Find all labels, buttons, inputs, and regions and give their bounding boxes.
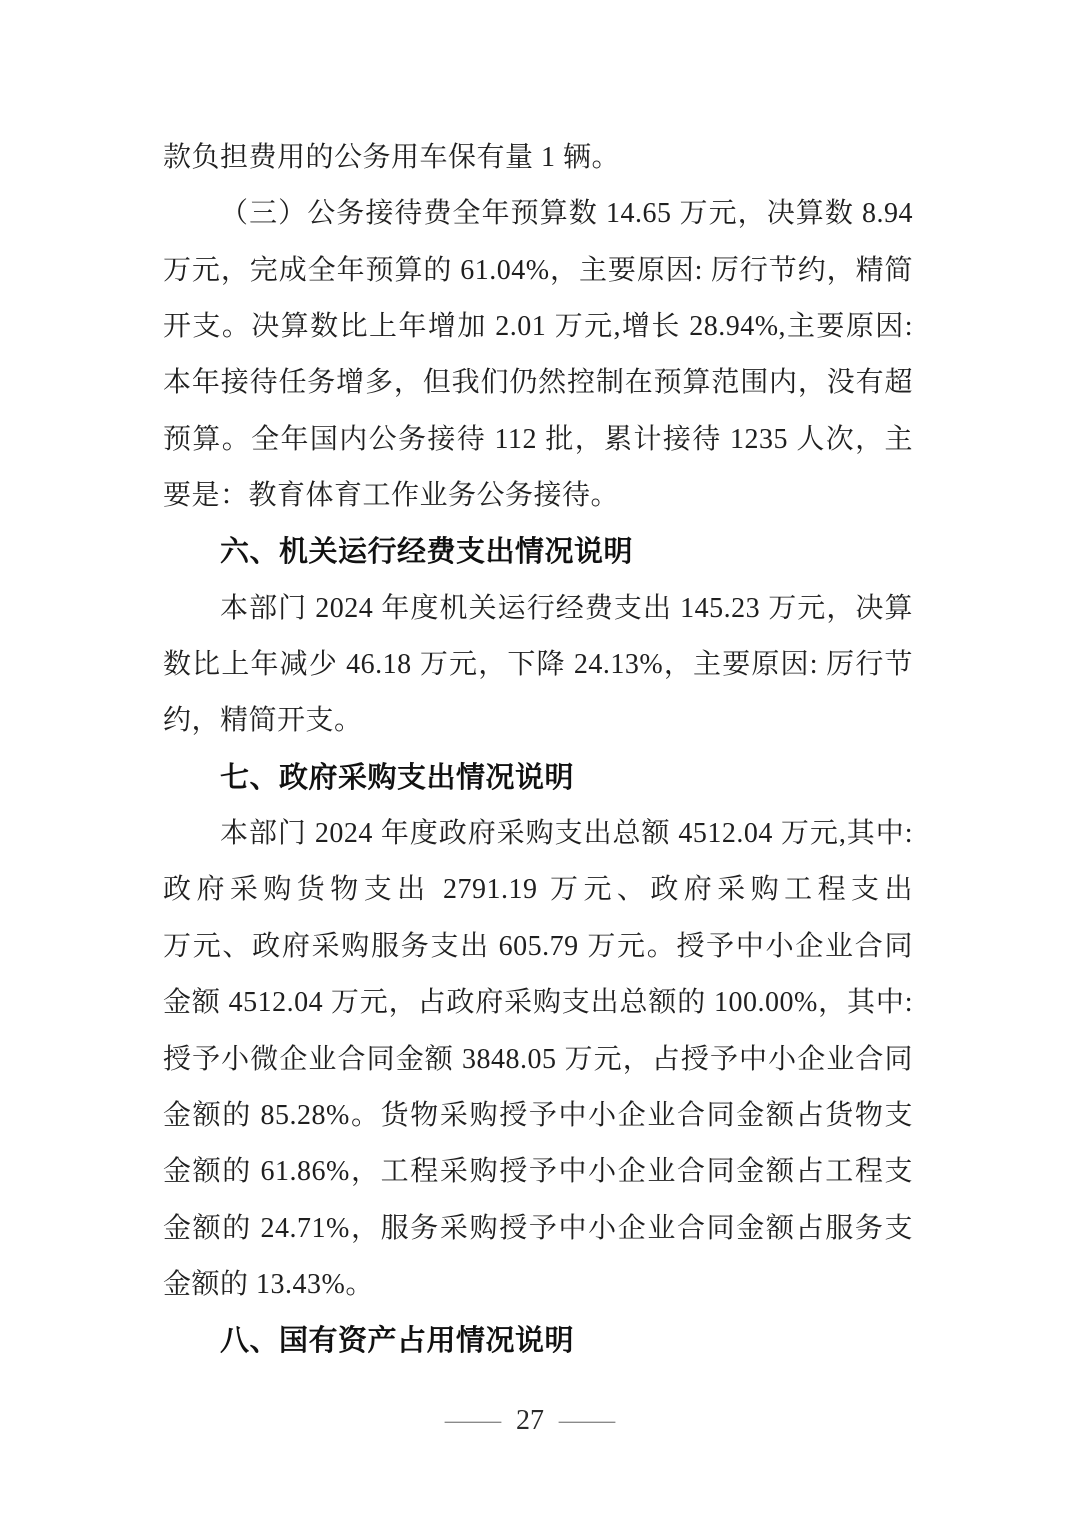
- section-heading: 六、机关运行经费支出情况说明: [163, 524, 913, 580]
- text-line: 本年接待任务增多，但我们仍然控制在预算范围内，没有超: [163, 355, 913, 411]
- text-line: 金额的 61.86%，工程采购授予中小企业合同金额占工程支出: [163, 1144, 913, 1200]
- text-line: 授予小微企业合同金额 3848.05 万元，占授予中小企业合同: [163, 1032, 913, 1088]
- section-heading: 八、国有资产占用情况说明: [163, 1313, 913, 1369]
- page-footer: — 27 —: [0, 1405, 1067, 1437]
- text-line: 款负担费用的公务用车保有量 1 辆。: [163, 130, 913, 186]
- text-line: （三）公务接待费全年预算数 14.65 万元，决算数 8.94: [163, 186, 913, 242]
- page-number: 27: [516, 1405, 544, 1437]
- section-heading: 七、政府采购支出情况说明: [163, 750, 913, 806]
- footer-dash-left: —: [445, 1405, 501, 1437]
- text-line: 金额 4512.04 万元，占政府采购支出总额的 100.00%，其中:: [163, 975, 913, 1031]
- text-line: 要是：教育体育工作业务公务接待。: [163, 468, 913, 524]
- text-line: 预算。全年国内公务接待 112 批，累计接待 1235 人次，主: [163, 412, 913, 468]
- text-line: 约，精简开支。: [163, 693, 913, 749]
- text-line: 本部门 2024 年度机关运行经费支出 145.23 万元，决算: [163, 581, 913, 637]
- text-line: 政府采购货物支出 2791.19 万元、政府采购工程支出 1115.06: [163, 862, 913, 918]
- text-line: 万元，完成全年预算的 61.04%，主要原因: 厉行节约，精简: [163, 243, 913, 299]
- text-line: 金额的 24.71%，服务采购授予中小企业合同金额占服务支出: [163, 1201, 913, 1257]
- document-lines: 款负担费用的公务用车保有量 1 辆。（三）公务接待费全年预算数 14.65 万元…: [163, 130, 913, 1370]
- text-line: 本部门 2024 年度政府采购支出总额 4512.04 万元,其中:: [163, 806, 913, 862]
- footer-dash-right: —: [559, 1405, 615, 1437]
- document-page: 款负担费用的公务用车保有量 1 辆。（三）公务接待费全年预算数 14.65 万元…: [0, 0, 1074, 1520]
- text-line: 金额的 85.28%。货物采购授予中小企业合同金额占货物支出: [163, 1088, 913, 1144]
- text-line: 万元、政府采购服务支出 605.79 万元。授予中小企业合同: [163, 919, 913, 975]
- text-line: 开支。决算数比上年增加 2.01 万元,增长 28.94%,主要原因:: [163, 299, 913, 355]
- text-line: 金额的 13.43%。: [163, 1257, 913, 1313]
- text-line: 数比上年减少 46.18 万元，下降 24.13%，主要原因: 厉行节: [163, 637, 913, 693]
